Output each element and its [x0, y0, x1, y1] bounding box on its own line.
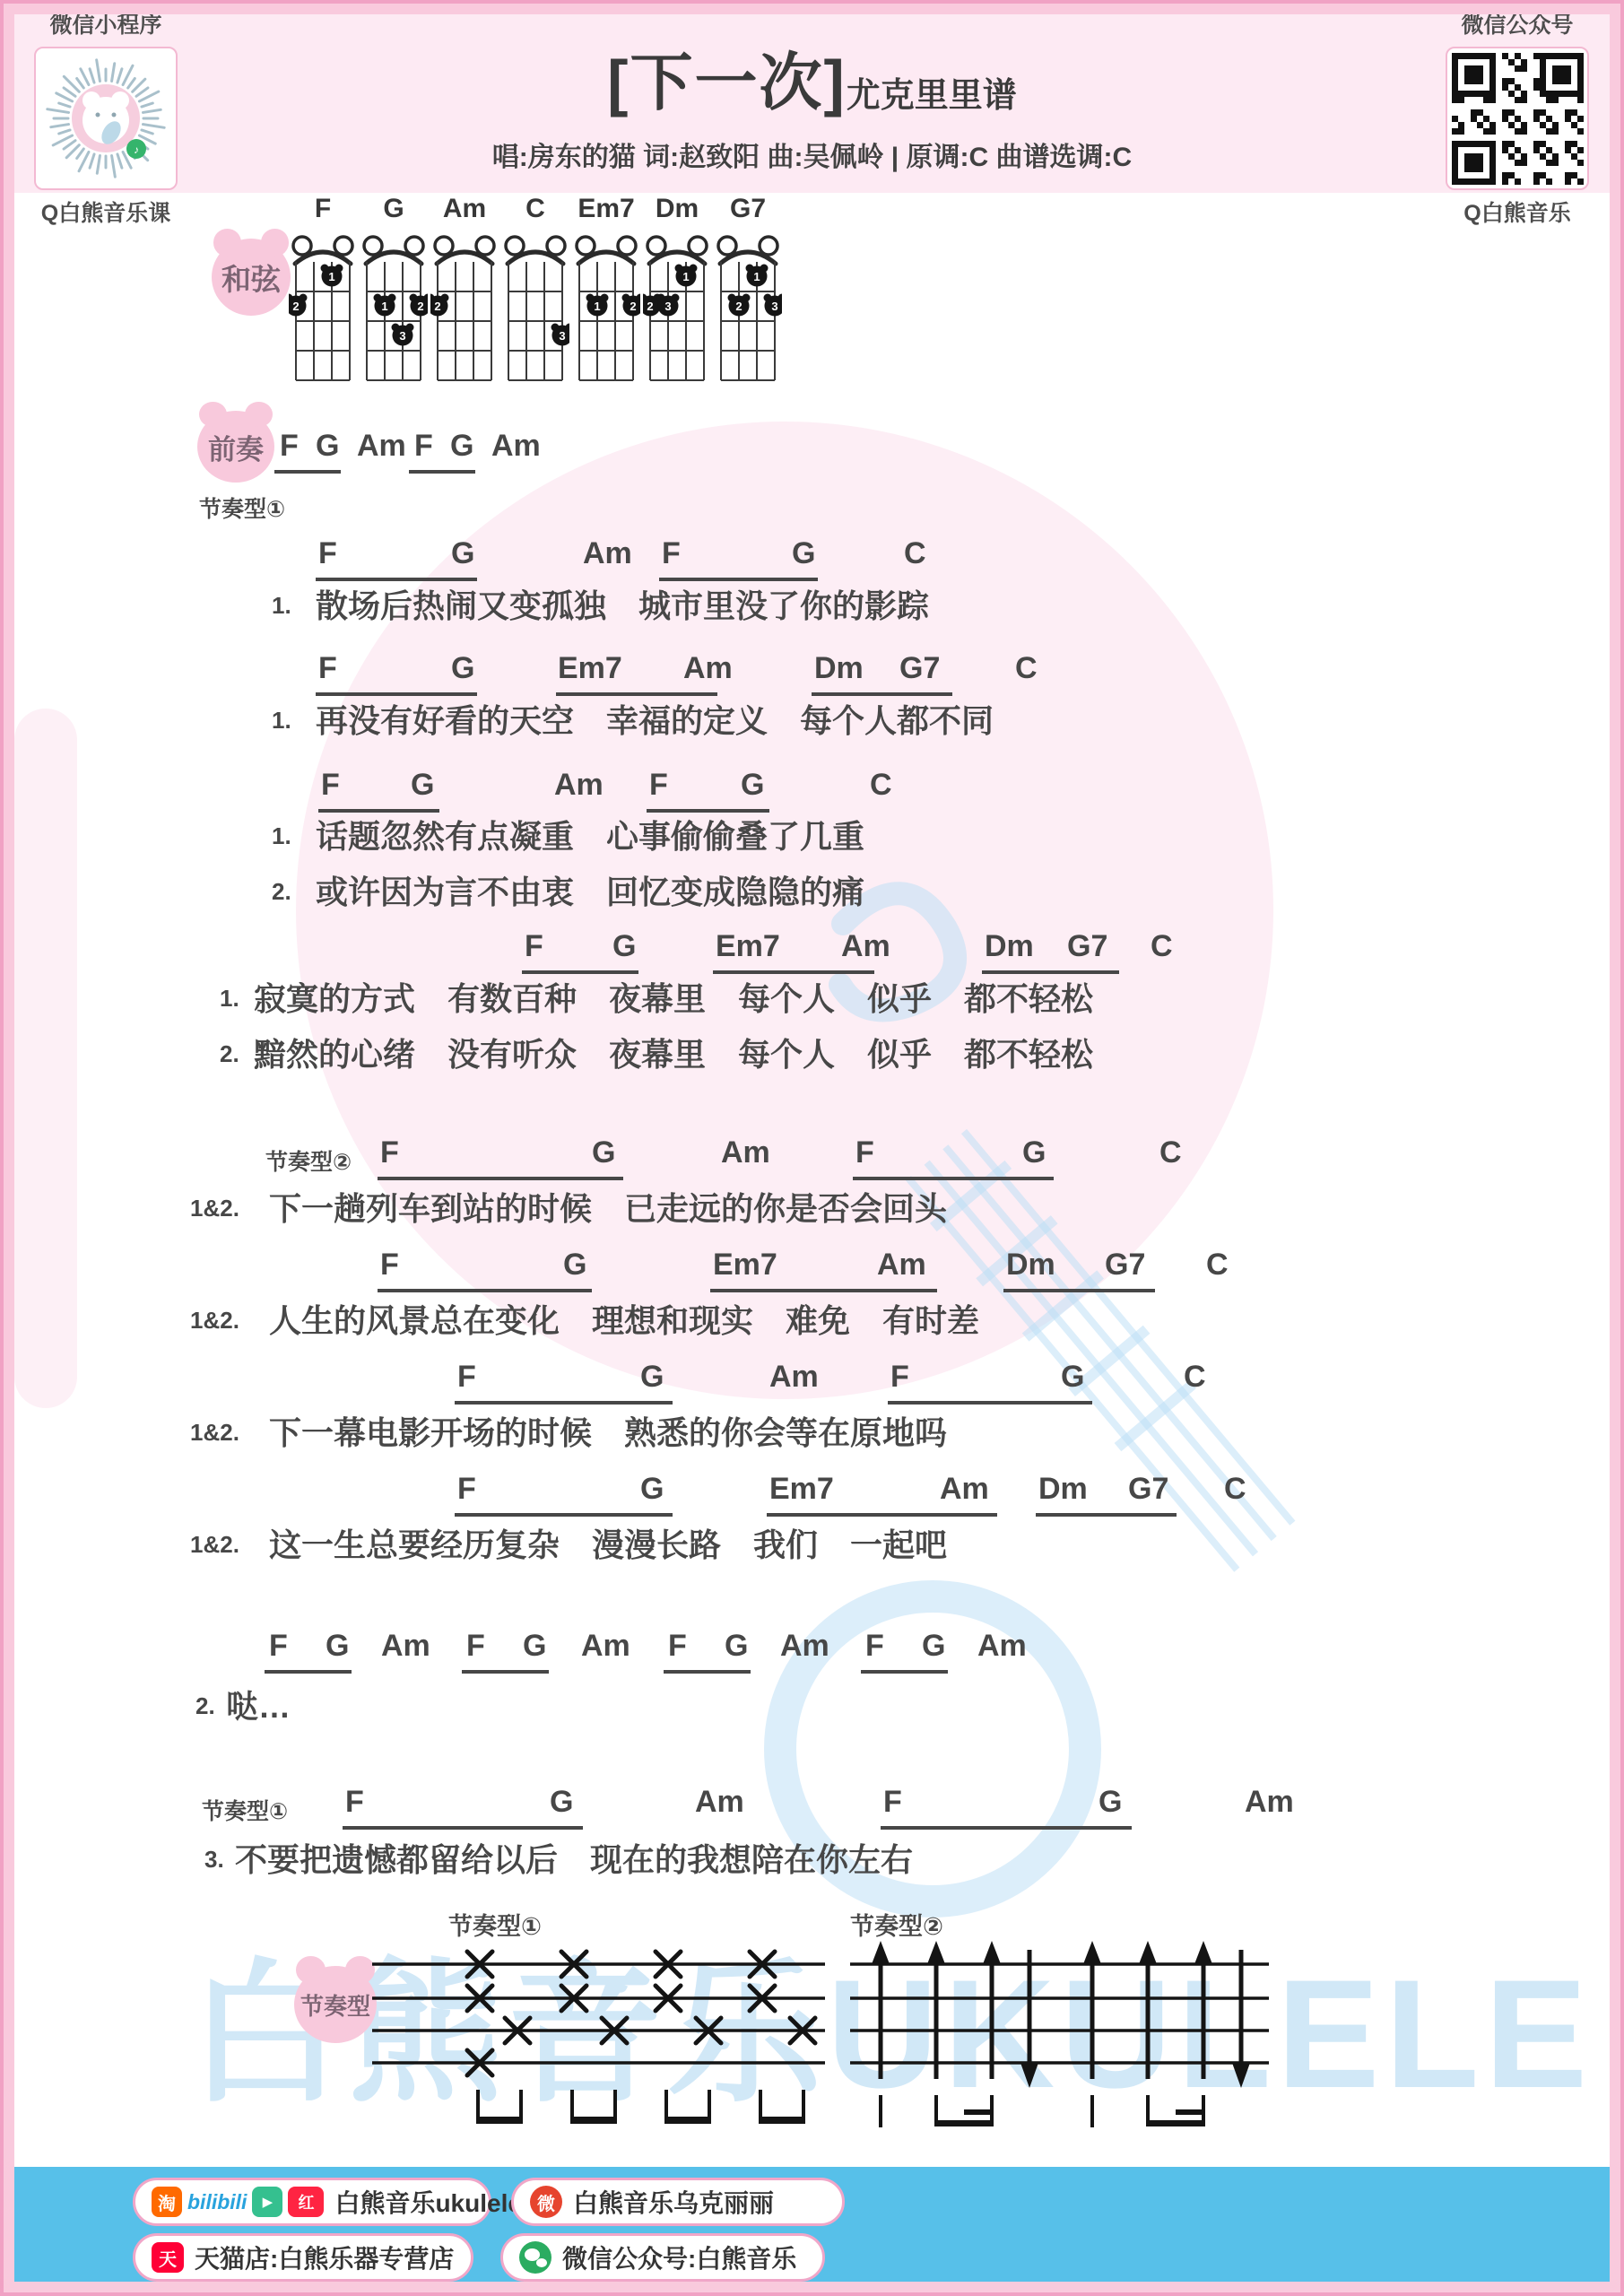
svg-text:2: 2: [292, 300, 299, 313]
pill-text: 微信公众号:白熊音乐: [562, 2239, 796, 2275]
lyric-line: 黯然的心绪 没有听众 夜幕里 每个人 似乎 都不轻松: [254, 1030, 1093, 1075]
chord-symbol: Am: [977, 1629, 1027, 1664]
chord-symbol: Am: [841, 929, 890, 964]
chord-diagram-C: C3: [501, 194, 569, 394]
chord-symbol: G: [451, 651, 474, 686]
chord-symbol: F: [318, 536, 337, 571]
mini-program-caption: Q白熊音乐课: [11, 196, 201, 228]
chord-symbol: G: [612, 929, 636, 964]
svg-text:2: 2: [434, 300, 440, 313]
chord-symbol: G: [592, 1135, 615, 1170]
chord-symbol: Am: [357, 429, 406, 464]
chord-diagram-Em7: Em712: [572, 194, 640, 394]
chord-diagram-Am: Am2: [430, 194, 499, 394]
chord-symbol: C: [904, 536, 926, 571]
chord-diagram-Dm: Dm123: [643, 194, 711, 394]
lyric-line: 不要把遗憾都留给以后 现在的我想陪在你左右: [235, 1835, 913, 1881]
chord-symbol: Am: [877, 1248, 926, 1283]
watermark-side-wash: [14, 709, 77, 1408]
lyric-number: 1.: [220, 985, 239, 1013]
chord-symbol: G: [792, 536, 815, 571]
chord-underline: [455, 1513, 673, 1517]
chord-symbol: G: [1061, 1360, 1084, 1395]
lyric-number: 1.: [272, 707, 291, 735]
lyric-line: 这一生总要经历复杂 漫漫长路 我们 一起吧: [269, 1520, 947, 1566]
chord-diagram-F: F12: [289, 194, 357, 394]
title-row: [下一次] 尤克里里谱: [0, 32, 1624, 123]
chord-underline: [664, 1670, 751, 1674]
chord-symbol: C: [1206, 1248, 1229, 1283]
chord-symbol: F: [855, 1135, 874, 1170]
chord-symbol: G7: [1128, 1472, 1168, 1507]
chord-symbol: Am: [780, 1629, 829, 1664]
chord-symbol: G7: [1105, 1248, 1145, 1283]
chord-underline: [1003, 1289, 1155, 1292]
chord-symbol: G: [316, 429, 339, 464]
chord-symbol: F: [318, 651, 337, 686]
chord-diagram-G: G123: [360, 194, 428, 394]
rhythm-pattern-ref: 节奏型①: [199, 491, 285, 524]
play-icon: ▶: [252, 2187, 282, 2217]
chord-symbol: Em7: [558, 651, 622, 686]
chord-symbol: F: [280, 429, 299, 464]
svg-text:1: 1: [753, 270, 760, 283]
chord-symbol: G: [451, 536, 474, 571]
mini-program-code: ♪: [34, 47, 178, 190]
chord-symbol: G: [922, 1629, 945, 1664]
pill-text: 白熊音乐乌克丽丽: [573, 2184, 774, 2220]
chord-symbol: F: [345, 1785, 364, 1820]
mini-program-code-icon: ♪: [43, 56, 169, 181]
rhythm-pattern-ref: 节奏型②: [265, 1144, 352, 1177]
chord-symbol: F: [380, 1248, 399, 1283]
chord-symbol: Dm: [1038, 1472, 1088, 1507]
chord-symbol: C: [1151, 929, 1173, 964]
chord-symbol: G: [640, 1472, 664, 1507]
chord-symbol: Am: [581, 1629, 630, 1664]
intro-label: 前奏: [197, 411, 274, 483]
chord-symbol: G: [326, 1629, 349, 1664]
chord-symbol: F: [890, 1360, 909, 1395]
song-title: [下一次]: [607, 32, 847, 123]
svg-text:3: 3: [399, 329, 405, 343]
chord-underline: [767, 1513, 997, 1517]
footer-pill-2[interactable]: 天天猫店:白熊乐器专营店: [133, 2233, 473, 2282]
chord-symbol: Am: [554, 768, 604, 803]
lyric-line: 话题忽然有点凝重 心事偷偷叠了几重: [316, 812, 864, 857]
xiaohongshu-icon: 红: [288, 2187, 324, 2217]
chord-symbol: G: [725, 1629, 748, 1664]
svg-text:1: 1: [594, 300, 600, 313]
lyric-line: 或许因为言不由衷 回忆变成隐隐的痛: [316, 867, 864, 913]
lyric-number: 2.: [272, 878, 291, 906]
footer-pill-3[interactable]: 微信公众号:白熊音乐: [500, 2233, 825, 2282]
official-account-label: 微信公众号: [1422, 7, 1612, 39]
chord-symbol: Am: [583, 536, 632, 571]
official-account-caption: Q白熊音乐: [1422, 196, 1612, 228]
chord-symbol: Em7: [769, 1472, 834, 1507]
lyric-line: 寂寞的方式 有数百种 夜幕里 每个人 似乎 都不轻松: [254, 974, 1093, 1020]
chord-symbol: Dm: [985, 929, 1034, 964]
chord-symbol: G: [1022, 1135, 1046, 1170]
chord-symbol: F: [414, 429, 433, 464]
chord-symbol: Am: [940, 1472, 989, 1507]
chord-symbol: F: [865, 1629, 884, 1664]
chord-symbol: G: [563, 1248, 586, 1283]
chord-underline: [378, 1177, 623, 1180]
chord-diagram-G7: G7123: [714, 194, 782, 394]
chord-symbol: Am: [381, 1629, 430, 1664]
chord-underline: [455, 1401, 673, 1405]
mini-program-label: 微信小程序: [11, 7, 201, 39]
weibo-icon: 微: [530, 2186, 562, 2218]
mini-program-badge: 微信小程序 ♪ Q白熊音乐课: [11, 7, 201, 228]
chord-underline: [853, 1177, 1054, 1180]
svg-text:2: 2: [417, 300, 423, 313]
lyric-line: 下一趟列车到站的时候 已走远的你是否会回头: [269, 1184, 947, 1230]
chord-symbol: F: [466, 1629, 485, 1664]
lyric-number: 1&2.: [190, 1307, 239, 1335]
lyric-number: 1&2.: [190, 1419, 239, 1447]
chord-underline: [888, 1401, 1092, 1405]
chord-underline: [409, 470, 475, 474]
chord-symbol: C: [1224, 1472, 1246, 1507]
chord-symbol: G7: [1067, 929, 1107, 964]
chord-symbol: F: [321, 768, 340, 803]
rhythm-pattern2-diagram: [843, 1937, 1282, 2166]
pill-text: 天猫店:白熊乐器专营店: [195, 2239, 454, 2275]
lyric-number: 1.: [272, 592, 291, 620]
chord-diagram-title: G: [360, 194, 428, 226]
lyric-number: 2.: [195, 1692, 215, 1720]
chord-symbol: G7: [899, 651, 940, 686]
svg-text:1: 1: [328, 270, 334, 283]
svg-text:1: 1: [381, 300, 387, 313]
chord-underline: [710, 1289, 937, 1292]
chord-symbol: Am: [769, 1360, 819, 1395]
chord-underline: [378, 1289, 592, 1292]
chord-underline: [881, 1826, 1132, 1830]
chord-symbol: Dm: [1006, 1248, 1055, 1283]
chord-symbol: F: [457, 1360, 476, 1395]
chord-diagram-title: Am: [430, 194, 499, 226]
chord-symbol: Em7: [716, 929, 780, 964]
lyric-line: 散场后热闹又变孤独 城市里没了你的影踪: [316, 581, 929, 627]
chord-symbol: Am: [695, 1785, 744, 1820]
tmall-icon: 天: [152, 2242, 184, 2273]
lyric-line: 再没有好看的天空 幸福的定义 每个人都不同: [316, 696, 994, 742]
lyric-line: 人生的风景总在变化 理想和现实 难免 有时差: [269, 1296, 979, 1342]
lyric-number: 1.: [272, 822, 291, 850]
chord-symbol: C: [870, 768, 892, 803]
svg-text:1: 1: [682, 270, 689, 283]
page: 白熊音乐UKULELE 微信小程序 ♪ Q白熊音乐课 微信公众号: [0, 0, 1624, 2296]
chord-symbol: C: [1184, 1360, 1206, 1395]
chord-symbol: C: [1015, 651, 1038, 686]
chord-symbol: F: [380, 1135, 399, 1170]
chord-underline: [265, 1670, 352, 1674]
pill-text: 白熊音乐ukulele: [334, 2184, 521, 2220]
lyric-line: 哒…: [226, 1682, 291, 1727]
chord-symbol: Dm: [814, 651, 864, 686]
chords-section-label: 和弦: [212, 239, 291, 316]
svg-text:2: 2: [647, 300, 653, 313]
chord-symbol: Am: [491, 429, 541, 464]
footer-pill-0[interactable]: 淘bilibili▶红白熊音乐ukulele: [133, 2178, 491, 2226]
svg-text:2: 2: [735, 300, 742, 313]
rhythm-pattern-ref: 节奏型①: [202, 1794, 288, 1826]
svg-text:3: 3: [559, 329, 565, 343]
chord-symbol: F: [525, 929, 543, 964]
bilibili-icon: bilibili: [187, 2187, 247, 2217]
svg-text:3: 3: [664, 300, 671, 313]
chord-underline: [861, 1670, 948, 1674]
chord-symbol: F: [457, 1472, 476, 1507]
official-account-badge: 微信公众号 Q白熊音乐: [1422, 7, 1612, 228]
chord-symbol: Am: [683, 651, 733, 686]
chord-symbol: G: [550, 1785, 573, 1820]
chord-symbol: Am: [1245, 1785, 1294, 1820]
lyric-line: 下一幕电影开场的时候 熟悉的你会等在原地吗: [269, 1408, 947, 1454]
chord-symbol: C: [1159, 1135, 1182, 1170]
qr-code-icon: [1452, 53, 1584, 185]
chord-symbol: Em7: [713, 1248, 777, 1283]
chord-symbol: G: [640, 1360, 664, 1395]
rhythm-pattern1-diagram: [354, 1937, 829, 2166]
chord-symbol: G: [741, 768, 764, 803]
chord-underline: [274, 470, 341, 474]
footer-pill-1[interactable]: 微白熊音乐乌克丽丽: [511, 2178, 845, 2226]
chord-symbol: F: [668, 1629, 687, 1664]
chord-underline: [1036, 1513, 1177, 1517]
chord-diagram-title: Dm: [643, 194, 711, 226]
taobao-icon: 淘: [152, 2187, 182, 2217]
chord-symbol: G: [1099, 1785, 1122, 1820]
chord-underline: [343, 1826, 583, 1830]
chord-symbol: G: [450, 429, 473, 464]
chord-diagram-title: C: [501, 194, 569, 226]
qr-code: [1446, 47, 1589, 190]
chord-underline: [462, 1670, 549, 1674]
chord-symbol: G: [411, 768, 434, 803]
chord-diagram-title: F: [289, 194, 357, 226]
svg-text:3: 3: [771, 300, 777, 313]
chord-symbol: G: [523, 1629, 546, 1664]
chord-symbol: F: [662, 536, 681, 571]
song-subtitle: 尤克里里谱: [847, 67, 1017, 123]
svg-text:2: 2: [630, 300, 636, 313]
lyric-number: 1&2.: [190, 1531, 239, 1559]
chord-diagram-title: Em7: [572, 194, 640, 226]
lyric-number: 3.: [204, 1846, 224, 1874]
chord-symbol: F: [883, 1785, 902, 1820]
wechat-icon: [519, 2241, 551, 2274]
chord-diagram-title: G7: [714, 194, 782, 226]
chord-symbol: F: [649, 768, 668, 803]
chord-symbol: Am: [721, 1135, 770, 1170]
lyric-number: 1&2.: [190, 1195, 239, 1222]
song-credits: 唱:房东的猫 词:赵致阳 曲:吴佩岭 | 原调:C 曲谱选调:C: [0, 135, 1624, 174]
svg-text:♪: ♪: [134, 143, 139, 156]
chord-symbol: F: [269, 1629, 288, 1664]
lyric-number: 2.: [220, 1040, 239, 1068]
